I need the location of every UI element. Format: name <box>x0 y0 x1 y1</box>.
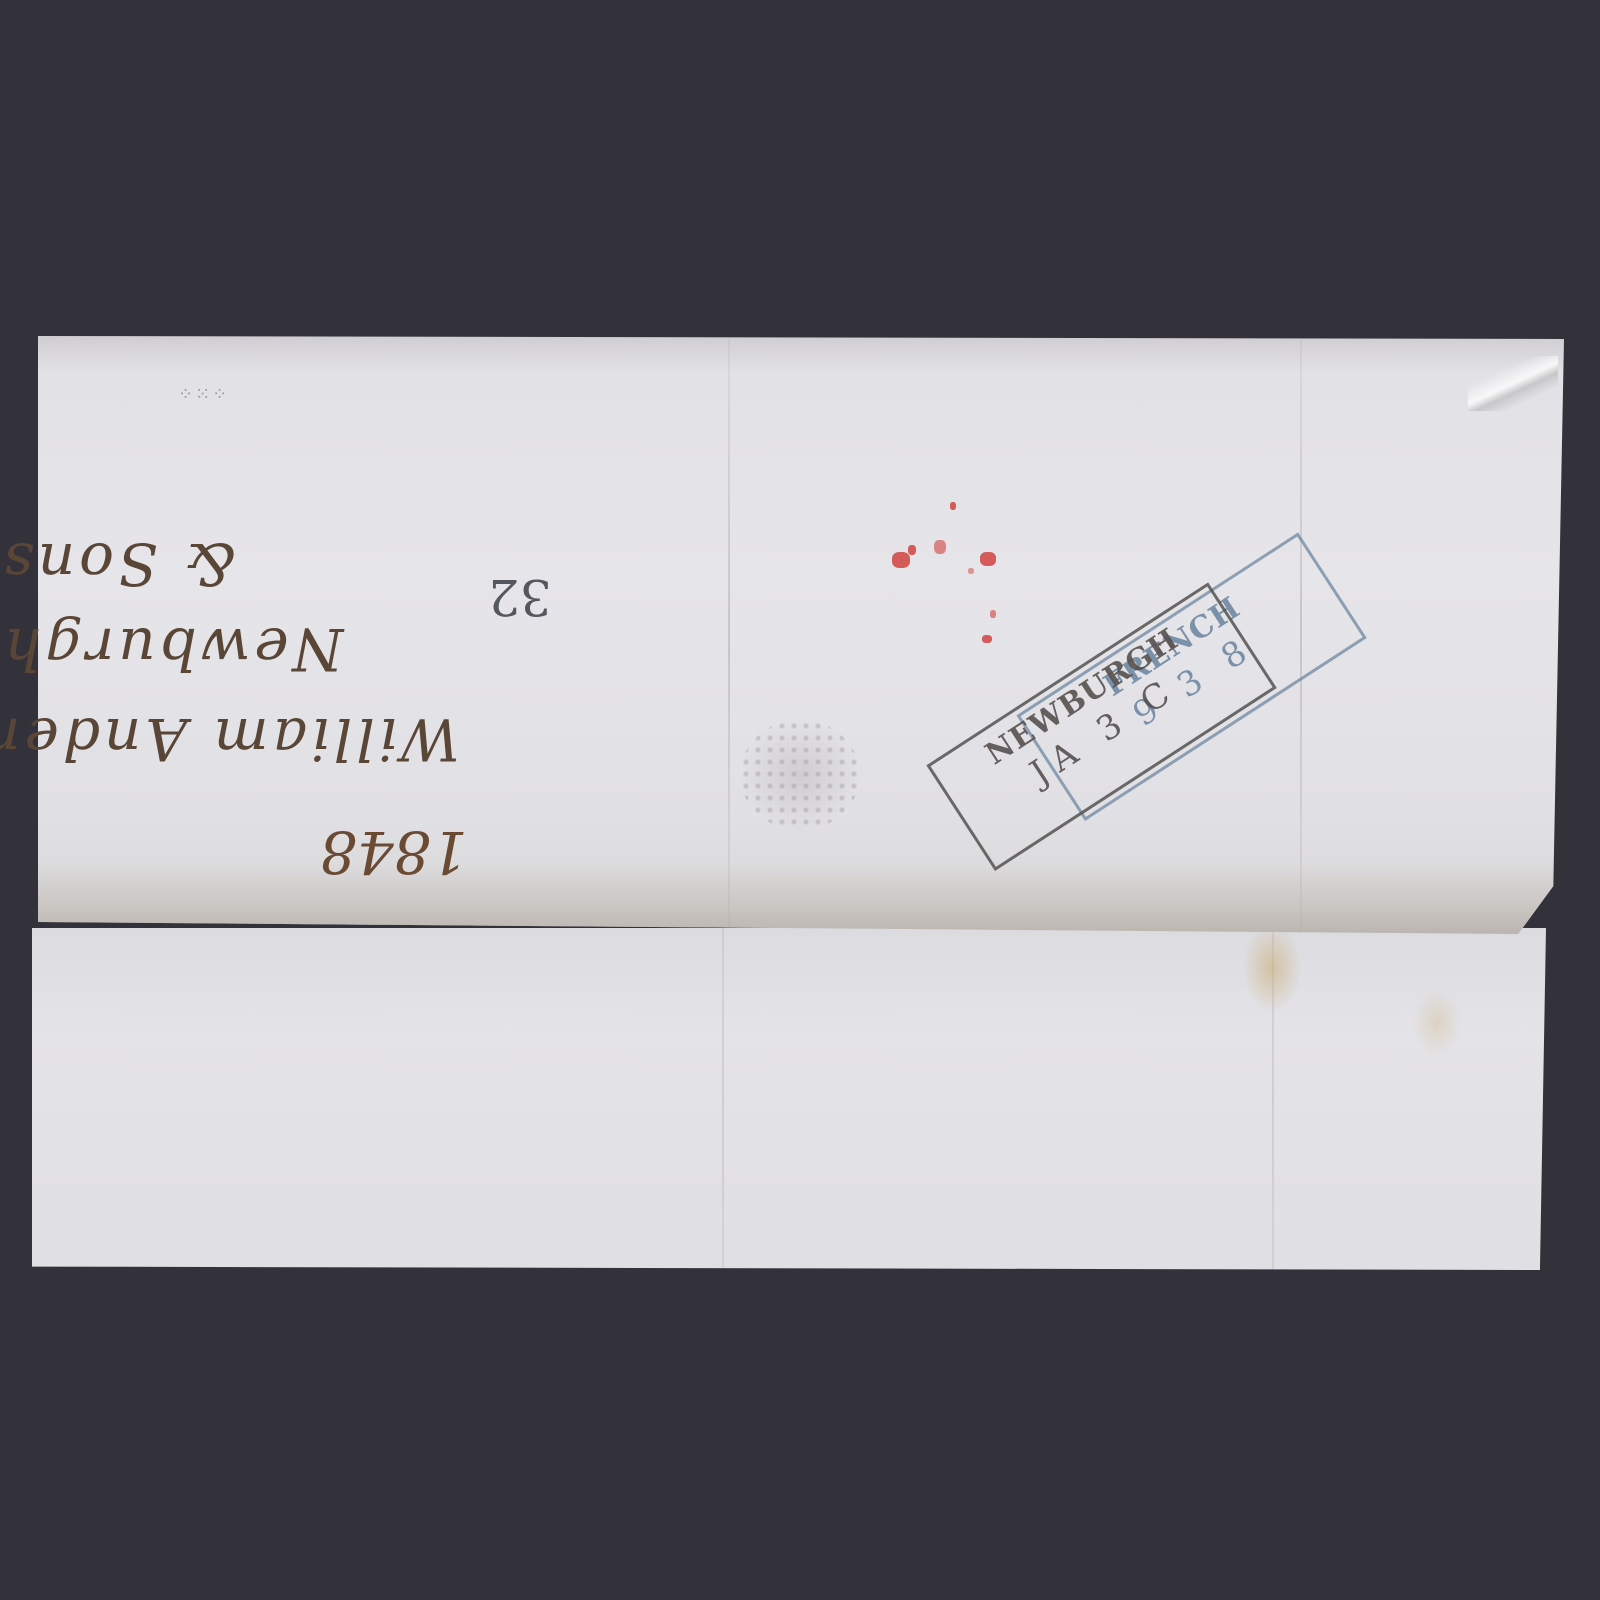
address-line-sons: & Sons <box>0 530 280 598</box>
fold-line <box>722 928 724 1270</box>
embossed-seal <box>740 720 860 830</box>
fold-line <box>728 336 730 934</box>
red-wax-remnant <box>890 500 1020 650</box>
photo-stage: ⁘⁙⁘ William Anderson Newburgh & Sons 184… <box>0 0 1600 1600</box>
docket-year: 1848 <box>320 818 468 886</box>
address-line-name: William Anderson <box>0 705 460 773</box>
age-stain <box>1242 923 1302 1013</box>
fold-shadow-band <box>38 864 1564 934</box>
address-line-town: Newburgh <box>0 615 420 683</box>
docket-number: 32 <box>488 568 552 626</box>
letter-lower-panel <box>32 928 1546 1270</box>
paper-crease <box>1468 356 1558 411</box>
faint-marking: ⁘⁙⁘ <box>178 384 229 405</box>
age-stain <box>1412 988 1462 1058</box>
